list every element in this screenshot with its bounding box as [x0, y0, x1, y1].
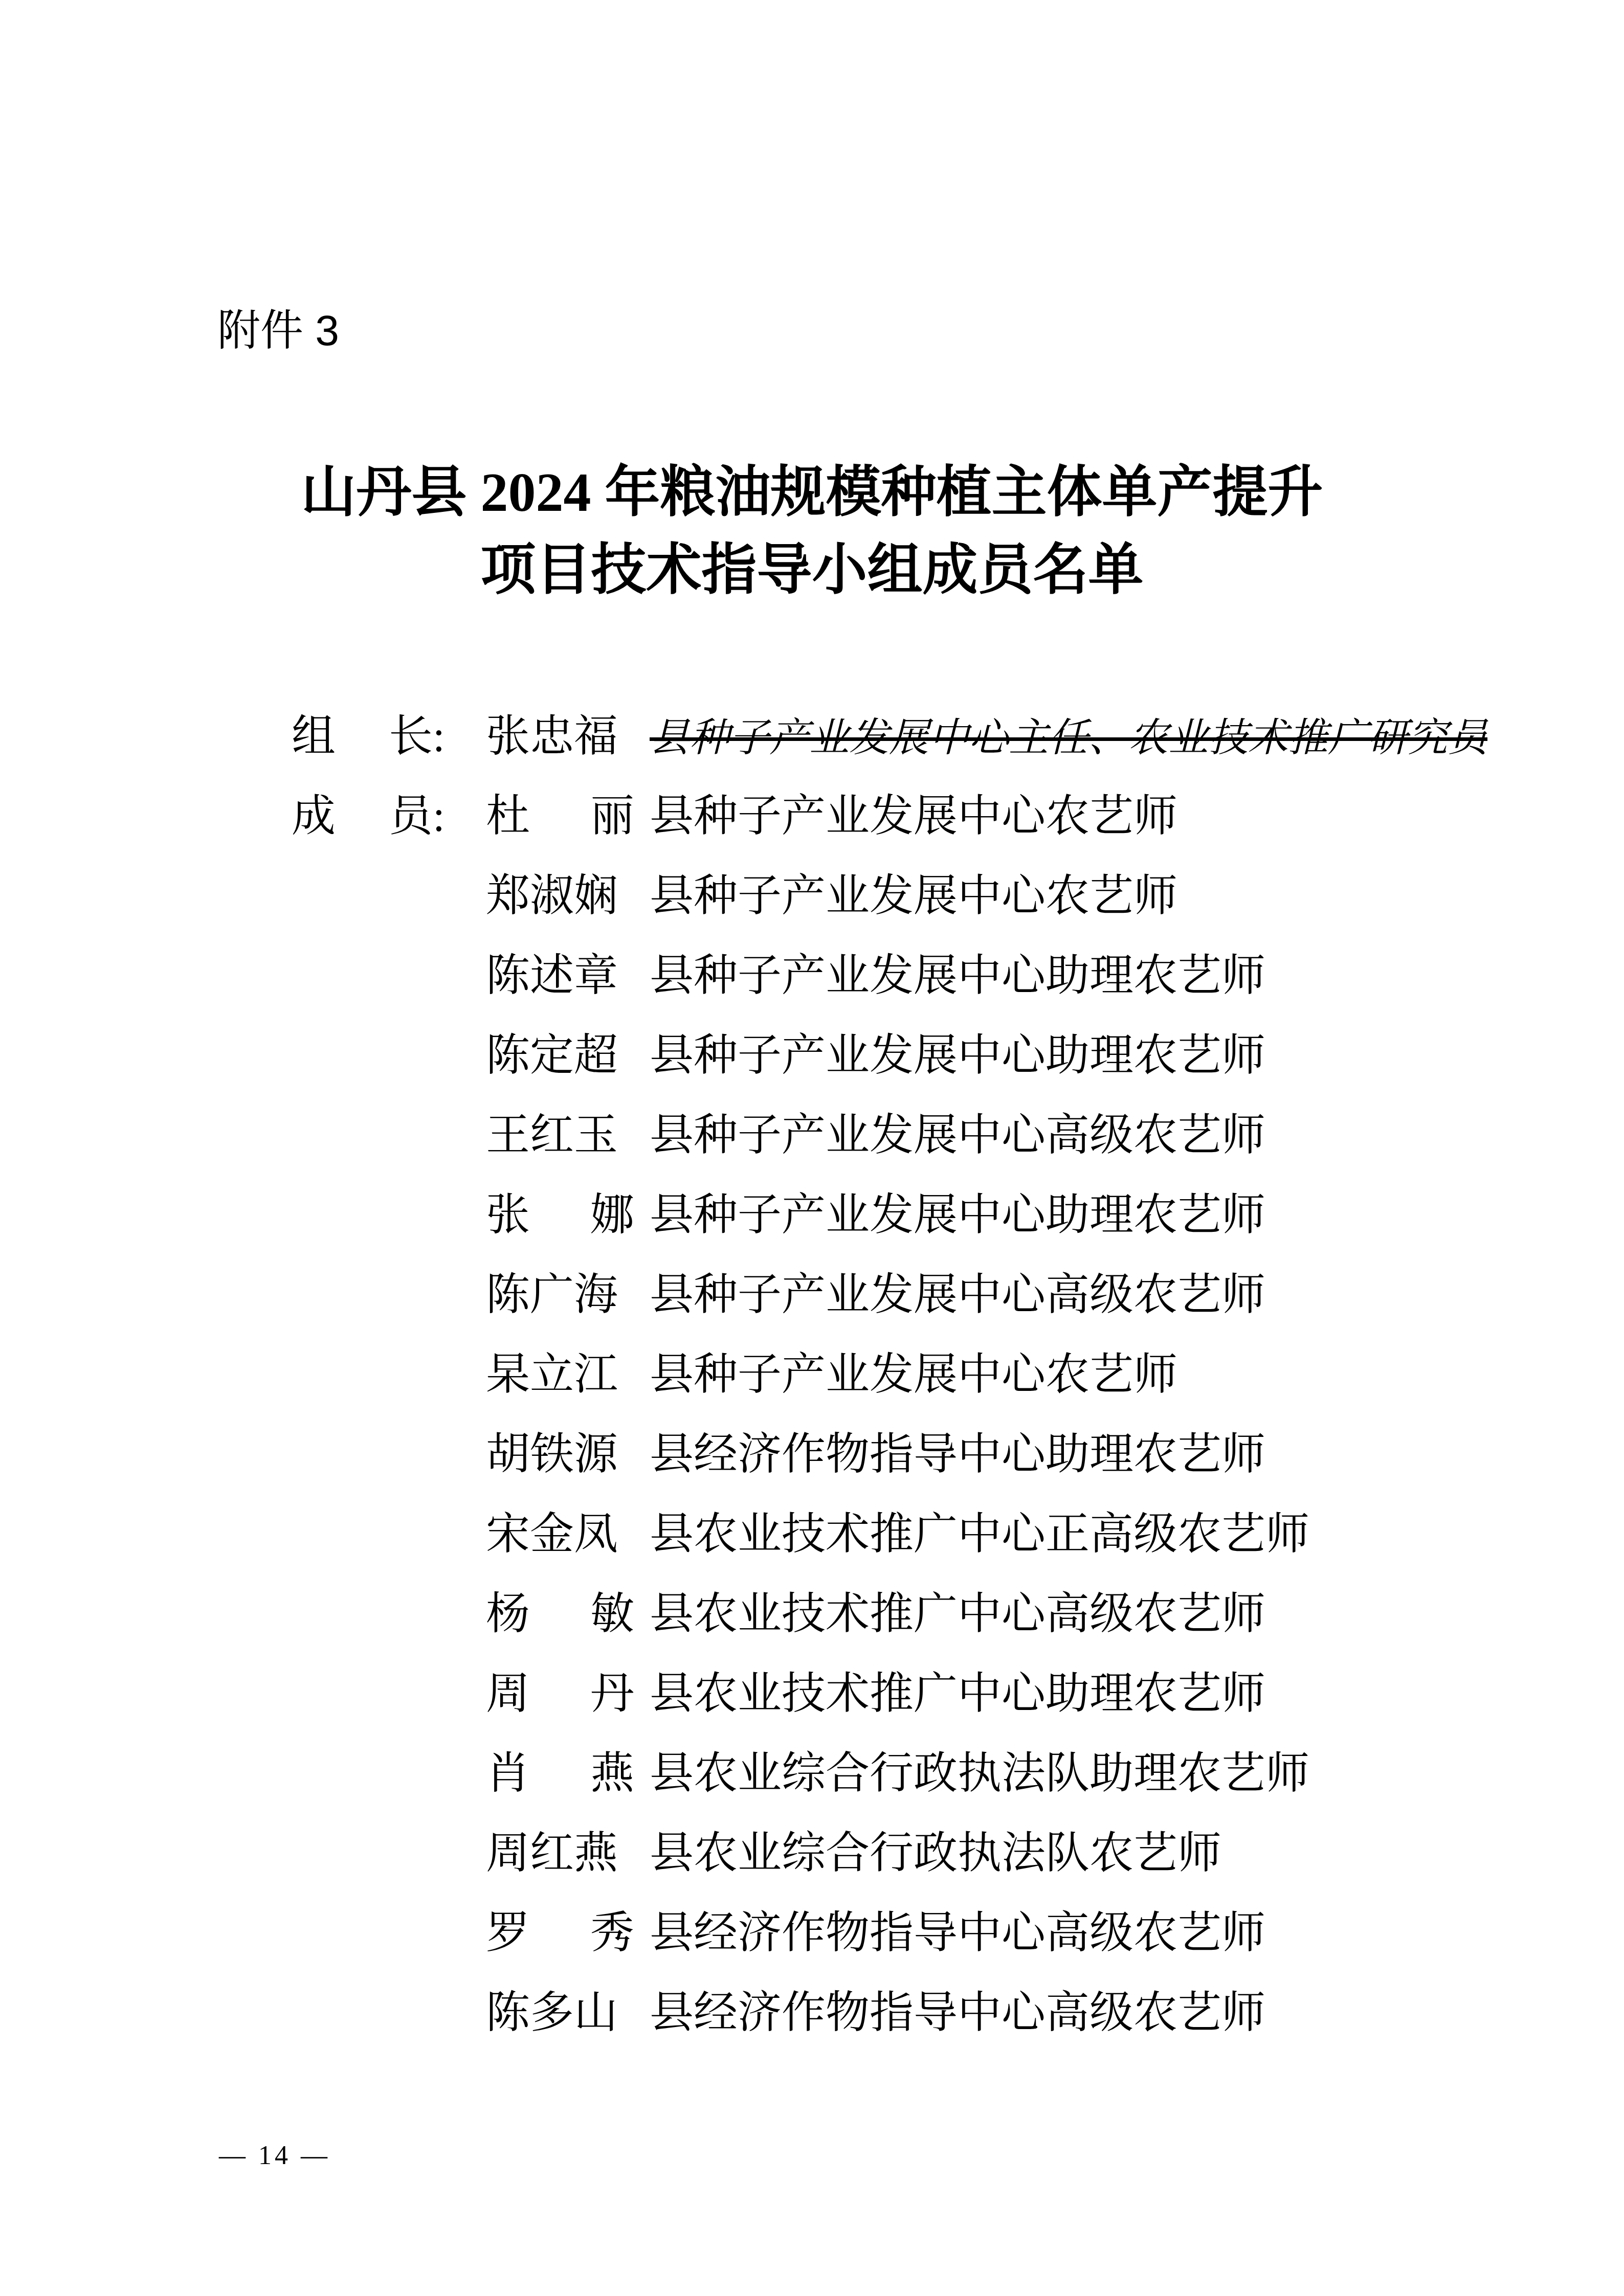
member-name: 肖燕 [486, 1734, 634, 1813]
member-name-part: 郑淑娴 [486, 856, 618, 936]
member-name-part: 陈多山 [486, 1973, 618, 2053]
member-name: 胡铁源 [486, 1414, 634, 1494]
member-title: 县农业综合行政执法队农艺师 [650, 1813, 1221, 1893]
role-label-part: 员: [389, 776, 445, 856]
roster-row: 陈多山 县经济作物指导中心高级农艺师 [292, 1973, 1522, 2053]
member-title: 县种子产业发展中心高级农艺师 [650, 1255, 1265, 1335]
member-name: 杲立江 [486, 1335, 634, 1414]
member-title: 县种子产业发展中心助理农艺师 [650, 936, 1265, 1016]
roster-row: 郑淑娴 县种子产业发展中心农艺师 [292, 856, 1522, 936]
member-name-part: 张 [486, 1175, 530, 1255]
member-title: 县种子产业发展中心农艺师 [650, 776, 1177, 856]
member-name-part: 敏 [590, 1574, 634, 1654]
roster-row: 周红燕 县农业综合行政执法队农艺师 [292, 1813, 1522, 1893]
member-name: 张忠福 [486, 696, 634, 776]
member-title: 县农业技术推广中心助理农艺师 [650, 1654, 1265, 1734]
member-title: 县种子产业发展中心高级农艺师 [650, 1095, 1265, 1175]
roster-row: 陈述章 县种子产业发展中心助理农艺师 [292, 936, 1522, 1016]
member-name-part: 罗 [486, 1893, 530, 1973]
role-label-part: 组 [292, 696, 336, 776]
member-name-part: 丹 [590, 1654, 634, 1734]
document-page: 附件 3 山丹县 2024 年粮油规模种植主体单产提升 项目技术指导小组成员名单… [0, 0, 1624, 2296]
member-title: 县经济作物指导中心助理农艺师 [650, 1414, 1265, 1494]
roster-row: 肖燕 县农业综合行政执法队助理农艺师 [292, 1734, 1522, 1813]
page-number: — 14 — [219, 2141, 330, 2171]
member-title: 县农业技术推广中心高级农艺师 [650, 1574, 1265, 1654]
document-title-line1: 山丹县 2024 年粮油规模种植主体单产提升 [0, 454, 1624, 532]
member-name-part: 张忠福 [486, 696, 618, 776]
roster-row: 成员: 杜丽 县种子产业发展中心农艺师 [292, 776, 1522, 856]
roster-row: 杨敏 县农业技术推广中心高级农艺师 [292, 1574, 1522, 1654]
member-name-part: 胡铁源 [486, 1414, 618, 1494]
member-title: 县经济作物指导中心高级农艺师 [650, 1893, 1265, 1973]
role-label: 组长: [292, 696, 445, 776]
member-name: 陈述章 [486, 936, 634, 1016]
member-name: 陈多山 [486, 1973, 634, 2053]
member-name-part: 杜 [486, 776, 530, 856]
member-title: 县种子产业发展中心助理农艺师 [650, 1175, 1265, 1255]
roster-row: 陈广海 县种子产业发展中心高级农艺师 [292, 1255, 1522, 1335]
member-title: 县经济作物指导中心高级农艺师 [650, 1973, 1265, 2053]
member-name-part: 娜 [590, 1175, 634, 1255]
member-name-part: 杨 [486, 1574, 530, 1654]
roster-row: 胡铁源 县经济作物指导中心助理农艺师 [292, 1414, 1522, 1494]
member-name-part: 燕 [590, 1734, 634, 1813]
member-title: 县种子产业发展中心助理农艺师 [650, 1016, 1265, 1095]
member-name: 杨敏 [486, 1574, 634, 1654]
member-name-part: 丽 [590, 776, 634, 856]
roster-row-leader: 组长: 张忠福 县种子产业发展中心主任、农业技术推广研究员 [292, 696, 1522, 776]
member-name-part: 陈定超 [486, 1016, 618, 1095]
member-name-part: 杲立江 [486, 1335, 618, 1414]
member-name: 张娜 [486, 1175, 634, 1255]
member-name: 陈广海 [486, 1255, 634, 1335]
member-title: 县农业综合行政执法队助理农艺师 [650, 1734, 1309, 1813]
member-name: 周红燕 [486, 1813, 634, 1893]
role-label-part: 成 [292, 776, 336, 856]
member-name: 宋金凤 [486, 1494, 634, 1574]
member-name: 周丹 [486, 1654, 634, 1734]
member-name: 陈定超 [486, 1016, 634, 1095]
member-name-part: 周红燕 [486, 1813, 618, 1893]
member-name: 郑淑娴 [486, 856, 634, 936]
role-label: 成员: [292, 776, 445, 856]
member-name-part: 王红玉 [486, 1095, 618, 1175]
roster-row: 王红玉 县种子产业发展中心高级农艺师 [292, 1095, 1522, 1175]
member-name: 王红玉 [486, 1095, 634, 1175]
roster-row: 周丹 县农业技术推广中心助理农艺师 [292, 1654, 1522, 1734]
role-label-part: 长: [389, 696, 445, 776]
member-title-strikethrough: 县种子产业发展中心主任、农业技术推广研究员 [650, 698, 1487, 778]
document-title: 山丹县 2024 年粮油规模种植主体单产提升 项目技术指导小组成员名单 [0, 454, 1624, 610]
member-name: 罗秀 [486, 1893, 634, 1973]
document-title-line2: 项目技术指导小组成员名单 [0, 532, 1624, 610]
roster-row: 陈定超 县种子产业发展中心助理农艺师 [292, 1016, 1522, 1095]
attachment-label: 附件 3 [217, 307, 339, 354]
member-name-part: 周 [486, 1654, 530, 1734]
member-title: 县种子产业发展中心农艺师 [650, 856, 1177, 936]
roster-row: 张娜 县种子产业发展中心助理农艺师 [292, 1175, 1522, 1255]
roster-row: 宋金凤 县农业技术推广中心正高级农艺师 [292, 1494, 1522, 1574]
member-name-part: 陈广海 [486, 1255, 618, 1335]
member-title: 县农业技术推广中心正高级农艺师 [650, 1494, 1309, 1574]
member-name-part: 肖 [486, 1734, 530, 1813]
roster-row: 杲立江 县种子产业发展中心农艺师 [292, 1335, 1522, 1414]
member-name-part: 宋金凤 [486, 1494, 618, 1574]
roster-row: 罗秀 县经济作物指导中心高级农艺师 [292, 1893, 1522, 1973]
member-name: 杜丽 [486, 776, 634, 856]
roster-list: 组长: 张忠福 县种子产业发展中心主任、农业技术推广研究员 成员: 杜丽 县种子… [292, 696, 1522, 2053]
member-title: 县种子产业发展中心农艺师 [650, 1335, 1177, 1414]
member-name-part: 陈述章 [486, 936, 618, 1016]
member-name-part: 秀 [590, 1893, 634, 1973]
